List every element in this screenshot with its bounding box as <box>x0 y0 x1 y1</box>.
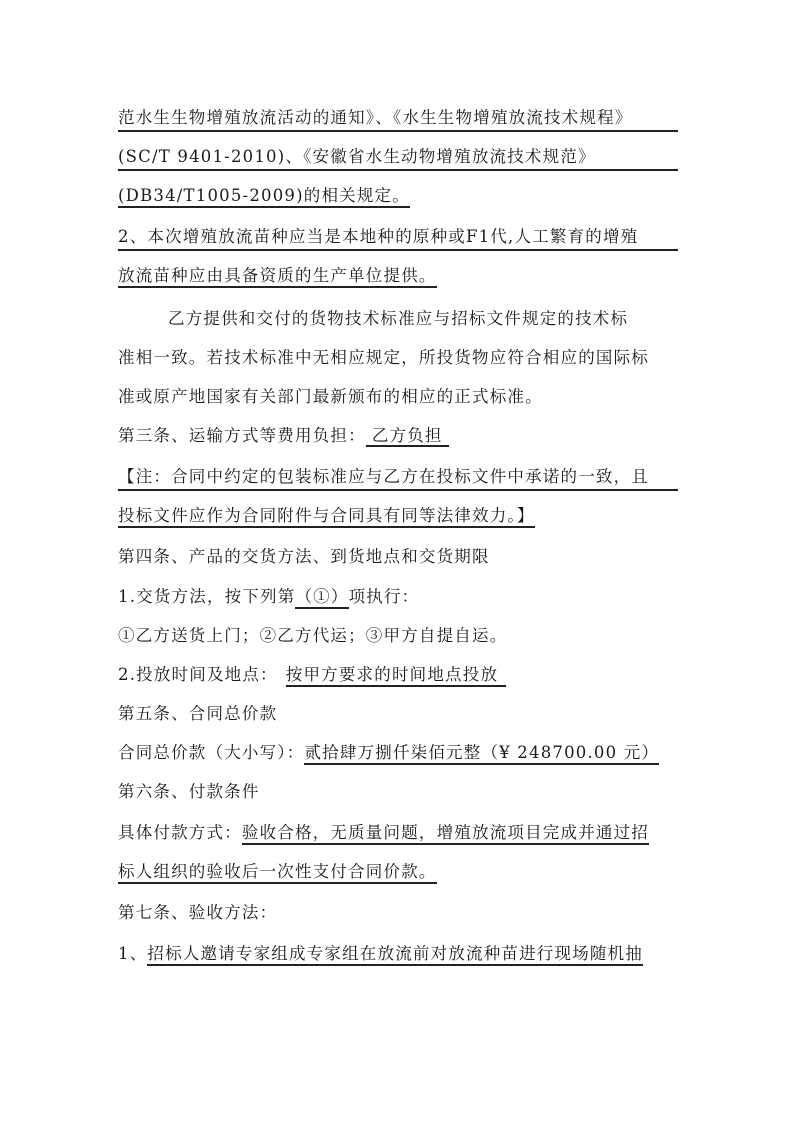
item-value: （①） <box>295 587 348 609</box>
article4-item2: 2.投放时间及地点：按甲方要求的时间地点投放 <box>118 664 678 686</box>
article-title: 第五条、合同总价款 <box>118 704 277 723</box>
article7-item1: 1、招标人邀请专家组成专家组在放流前对放流种苗进行现场随机抽 <box>118 943 678 965</box>
article3-label: 第三条、运输方式等费用负担： <box>118 426 366 445</box>
paragraph-line: 乙方提供和交付的货物技术标准应与招标文件规定的技术标 <box>168 308 674 330</box>
note-line-2: 投标文件应作为合同附件与合同具有同等法律效力。】 <box>118 505 678 527</box>
line-text: 准相一致。若技术标准中无相应规定，所投货物应符合相应的国际标 <box>118 348 649 367</box>
article3-value: 乙方负担 <box>366 426 449 447</box>
article4-options: ①乙方送货上门；②乙方代运；③甲方自提自运。 <box>118 625 678 647</box>
article5-title: 第五条、合同总价款 <box>118 703 678 725</box>
paragraph-line: 准或原产地国家有关部门最新颁布的相应的正式标准。 <box>118 386 678 408</box>
item-value: 招标人邀请专家组成专家组在放流前对放流种苗进行现场随机抽 <box>147 944 643 966</box>
article-title: 第六条、付款条件 <box>118 782 260 801</box>
article-title: 第四条、产品的交货方法、到货地点和交货期限 <box>118 547 490 566</box>
item-prefix: 1.交货方法，按下列第 <box>118 587 295 606</box>
method-label: 具体付款方式： <box>118 823 242 842</box>
paragraph-line: 放流苗种应由具备资质的生产单位提供。 <box>118 265 678 287</box>
paragraph-line: 2、本次增殖放流苗种应当是本地种的原种或F1代,人工繁育的增殖 <box>118 226 678 251</box>
price-label: 合同总价款（大小写）： <box>118 743 304 762</box>
method-value: 验收合格，无质量问题，增殖放流项目完成并通过招 <box>242 823 649 845</box>
options-text: ①乙方送货上门；②乙方代运；③甲方自提自运。 <box>118 626 507 645</box>
paragraph-line: 准相一致。若技术标准中无相应规定，所投货物应符合相应的国际标 <box>118 347 678 369</box>
item-label: 2.投放时间及地点： <box>118 665 278 684</box>
item-prefix: 1、 <box>118 944 147 963</box>
line-text: 放流苗种应由具备资质的生产单位提供。 <box>118 266 437 288</box>
paragraph-line: 范水生生物增殖放流活动的通知》、《水生生物增殖放流技术规程》 <box>118 107 678 132</box>
article7-title: 第七条、验收方法： <box>118 902 678 924</box>
article5-price: 合同总价款（大小写）：贰拾肆万捌仟柒佰元整（¥ 248700.00 元） <box>118 742 678 764</box>
article6-method: 具体付款方式：验收合格，无质量问题，增殖放流项目完成并通过招 <box>118 822 678 844</box>
line-text: 范水生生物增殖放流活动的通知》、《水生生物增殖放流技术规程》 <box>118 108 633 127</box>
line-text: (SC/T 9401-2010)、《安徽省水生动物增殖放流技术规范》 <box>118 147 596 166</box>
line-text: (DB34/T1005-2009)的相关规定。 <box>118 186 410 208</box>
method-value: 标人组织的验收后一次性支付合同价款。 <box>118 862 437 884</box>
article-title: 第七条、验收方法： <box>118 903 277 922</box>
price-value: 贰拾肆万捌仟柒佰元整（¥ 248700.00 元） <box>304 743 659 765</box>
note-text: 【注：合同中约定的包装标准应与乙方在投标文件中承诺的一致，且 <box>118 467 649 486</box>
note-line-1: 【注：合同中约定的包装标准应与乙方在投标文件中承诺的一致，且 <box>118 466 678 491</box>
line-text: 2、本次增殖放流苗种应当是本地种的原种或F1代,人工繁育的增殖 <box>118 227 638 246</box>
item-suffix: 项执行： <box>349 587 420 606</box>
article6-method-cont: 标人组织的验收后一次性支付合同价款。 <box>118 861 678 883</box>
note-text: 投标文件应作为合同附件与合同具有同等法律效力。】 <box>118 506 535 528</box>
article4-title: 第四条、产品的交货方法、到货地点和交货期限 <box>118 546 678 568</box>
article6-title: 第六条、付款条件 <box>118 781 678 803</box>
item-value: 按甲方要求的时间地点投放 <box>286 665 506 687</box>
paragraph-line: (SC/T 9401-2010)、《安徽省水生动物增殖放流技术规范》 <box>118 146 678 171</box>
paragraph-line: (DB34/T1005-2009)的相关规定。 <box>118 185 678 207</box>
line-text: 准或原产地国家有关部门最新颁布的相应的正式标准。 <box>118 387 543 406</box>
article3-line: 第三条、运输方式等费用负担：乙方负担 <box>118 425 678 447</box>
article4-item1: 1.交货方法，按下列第（①）项执行： <box>118 586 678 608</box>
line-text: 乙方提供和交付的货物技术标准应与招标文件规定的技术标 <box>168 309 628 328</box>
